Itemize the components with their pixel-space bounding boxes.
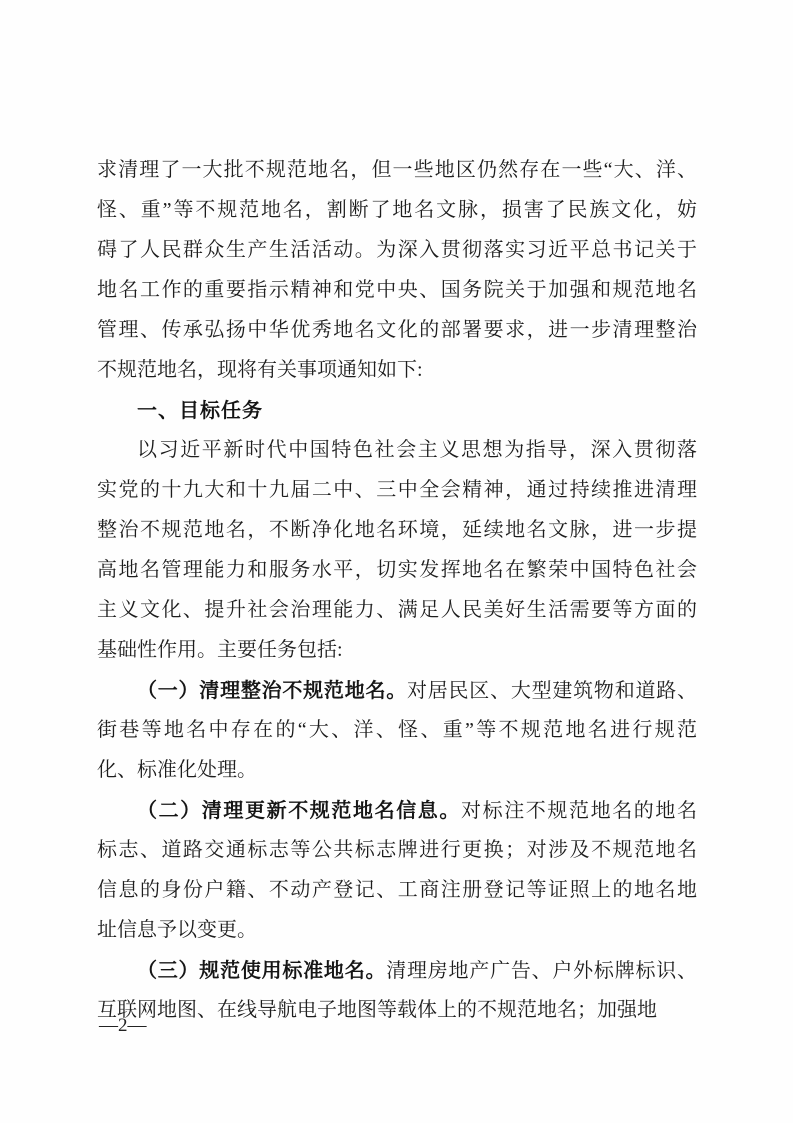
text-line: 整治不规范地名，不断净化地名环境，延续地名文脉，进一步提 bbox=[97, 510, 697, 550]
item-first-rest: 清理房地产广告、户外标牌标识、 bbox=[386, 960, 697, 982]
item-first-line: （三）规范使用标准地名。清理房地产广告、户外标牌标识、 bbox=[97, 950, 697, 990]
document-body: 求清理了一大批不规范地名，但一些地区仍然存在一些“大、洋、 怪、重”等不规范地名… bbox=[97, 150, 697, 1030]
item-first-line: （一）清理整治不规范地名。对居民区、大型建筑物和道路、 bbox=[97, 670, 697, 710]
text-line: 主义文化、提升社会治理能力、满足人民美好生活需要等方面的 bbox=[97, 590, 697, 630]
text-line: 以习近平新时代中国特色社会主义思想为指导，深入贯彻落 bbox=[97, 430, 697, 470]
text-line: 管理、传承弘扬中华优秀地名文化的部署要求，进一步清理整治 bbox=[97, 310, 697, 350]
item-lead-bold: （三）规范使用标准地名。 bbox=[137, 958, 386, 982]
text-line: 信息的身份户籍、不动产登记、工商注册登记等证照上的地名地 bbox=[97, 870, 697, 910]
item-first-rest: 对居民区、大型建筑物和道路、 bbox=[407, 680, 697, 702]
document-page: 求清理了一大批不规范地名，但一些地区仍然存在一些“大、洋、 怪、重”等不规范地名… bbox=[0, 0, 793, 1123]
item-first-line: （二）清理更新不规范地名信息。对标注不规范地名的地名 bbox=[97, 790, 697, 830]
text-line: 址信息予以变更。 bbox=[97, 910, 697, 950]
section-heading: 一、目标任务 bbox=[97, 390, 697, 430]
text-line: 不规范地名，现将有关事项通知如下: bbox=[97, 350, 697, 390]
text-line: 高地名管理能力和服务水平，切实发挥地名在繁荣中国特色社会 bbox=[97, 550, 697, 590]
text-line: 标志、道路交通标志等公共标志牌进行更换；对涉及不规范地名 bbox=[97, 830, 697, 870]
text-line: 怪、重”等不规范地名，割断了地名文脉，损害了民族文化，妨 bbox=[97, 190, 697, 230]
text-line: 基础性作用。主要任务包括: bbox=[97, 630, 697, 670]
item-lead-bold: （二）清理更新不规范地名信息。 bbox=[137, 798, 461, 822]
item-first-rest: 对标注不规范地名的地名 bbox=[461, 800, 697, 822]
page-number: —2— bbox=[99, 1012, 147, 1040]
text-line: 碍了人民群众生产生活活动。为深入贯彻落实习近平总书记关于 bbox=[97, 230, 697, 270]
text-line: 街巷等地名中存在的“大、洋、怪、重”等不规范地名进行规范 bbox=[97, 710, 697, 750]
text-line: 地名工作的重要指示精神和党中央、国务院关于加强和规范地名 bbox=[97, 270, 697, 310]
text-line: 互联网地图、在线导航电子地图等载体上的不规范地名；加强地 bbox=[97, 990, 697, 1030]
item-lead-bold: （一）清理整治不规范地名。 bbox=[137, 678, 407, 702]
text-line: 求清理了一大批不规范地名，但一些地区仍然存在一些“大、洋、 bbox=[97, 150, 697, 190]
text-line: 实党的十九大和十九届二中、三中全会精神，通过持续推进清理 bbox=[97, 470, 697, 510]
text-line: 化、标准化处理。 bbox=[97, 750, 697, 790]
